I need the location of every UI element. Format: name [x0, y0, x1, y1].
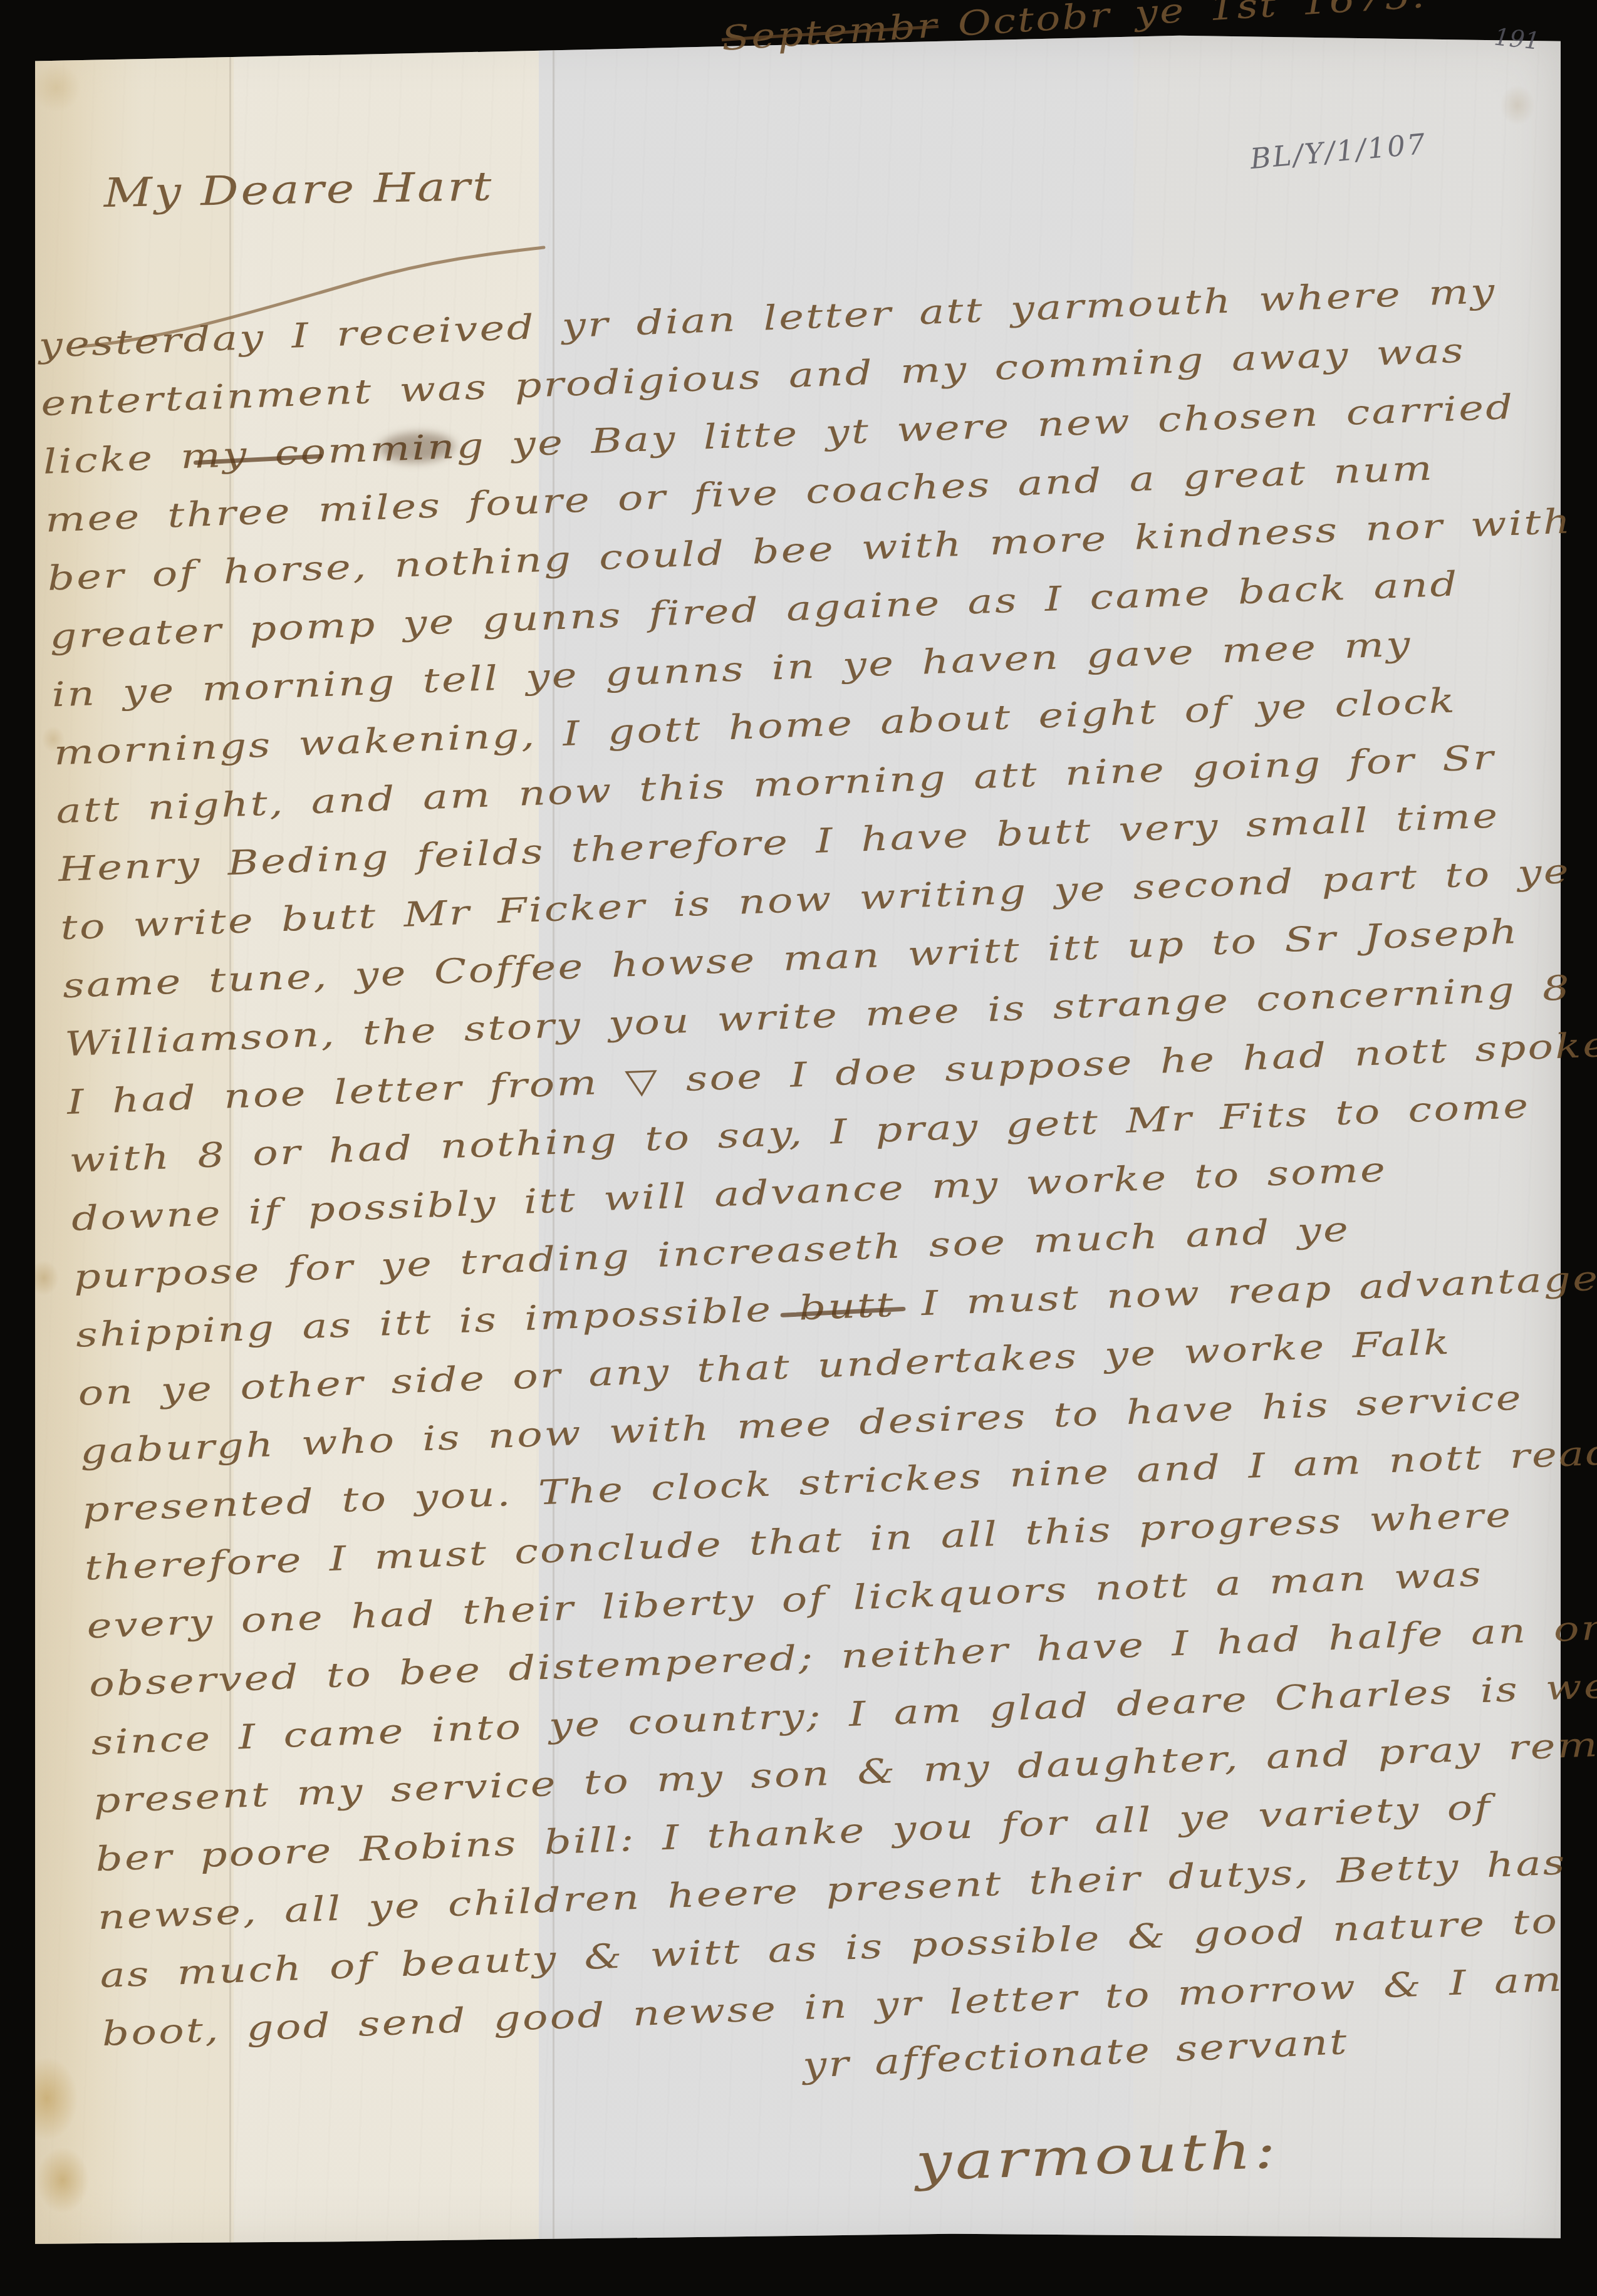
letter-body: yesterday I received yr dian letter att …	[38, 258, 1597, 2063]
scan-background: { "page": { "description": "Scanned page…	[0, 0, 1597, 2296]
folio-number: 191	[1493, 23, 1541, 55]
signature: yarmouth:	[915, 2121, 1280, 2193]
salutation: My Deare Hart	[103, 164, 494, 217]
